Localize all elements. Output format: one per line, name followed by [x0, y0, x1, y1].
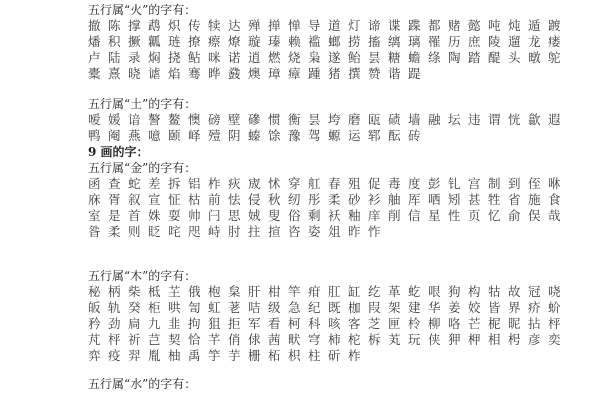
char-row: 皈轨癸柜哄訇虹荖咭级急纪既枷叚架建华姜姣皆界疥蚧 — [88, 300, 568, 316]
char-row: 卢陆录焖挠鲇咪诺逍燃烧枭遂鲐昙糖蟾绦陶踏醍头暾鸵 — [88, 50, 568, 66]
char-row: 嗳媛谙謷鳌懊磅壁磣惯衡昙垮磨瓯碛墙融坛违谓恍歙遐 — [88, 112, 568, 128]
character: 玩 — [408, 332, 428, 348]
character: 侠 — [428, 332, 448, 348]
char-row: 室是首姝耍帅闩思娀叟俗剩袄釉庠削信星性页忆俞俣哉 — [88, 208, 568, 224]
char-rows-fire: 撤陈撑鹉炽传犊达殚掸惮导道灯谛谍蹀都赌懿吨炖遁踱燔积撅瓤琏撩瘵燎璇瑧赖褴螂捞搐缡… — [88, 18, 568, 82]
character: 芒 — [468, 316, 488, 332]
character: 衫 — [368, 192, 388, 208]
char-row: 橐熹晓谑焰骞晔鼗燠璋瘴踵猪撰赞谐踶 — [88, 66, 568, 82]
character: 谍 — [388, 18, 408, 34]
character: 遛 — [508, 34, 528, 50]
character: 猪 — [328, 66, 348, 82]
character: 秋 — [268, 192, 288, 208]
character: 拄 — [248, 224, 268, 240]
section-heading-earth: 五行属“土”的字有： — [88, 96, 568, 112]
character: 虼 — [408, 284, 428, 300]
character: 皆 — [488, 300, 508, 316]
character: 函 — [88, 176, 108, 192]
character: 是 — [108, 208, 128, 224]
character: 磅 — [208, 112, 228, 128]
character: 疳 — [308, 284, 328, 300]
character: 相 — [488, 332, 508, 348]
character: 九 — [148, 316, 168, 332]
character: 促 — [368, 176, 388, 192]
character: 柚 — [168, 348, 188, 364]
character: 俣 — [528, 208, 548, 224]
character: 郓 — [368, 128, 388, 144]
character: 庶 — [468, 34, 488, 50]
character: 俗 — [288, 208, 308, 224]
character: 燔 — [88, 34, 108, 50]
character: 度 — [408, 176, 428, 192]
character: 懊 — [188, 112, 208, 128]
character: 哄 — [168, 300, 188, 316]
character: 积 — [108, 34, 128, 50]
character: 施 — [528, 192, 548, 208]
character: 柳 — [428, 316, 448, 332]
section-wood: 五行属“木”的字有： 秘柄柴柢芏俄枹枲肝柑竿疳肛缸纥革虼哏狗构牯故冠哓皈轨癸柜哄… — [88, 268, 568, 364]
character: 俎 — [328, 224, 348, 240]
character: 殂 — [348, 176, 368, 192]
character: 军 — [248, 316, 268, 332]
character: 胤 — [148, 348, 168, 364]
character: 牯 — [488, 284, 508, 300]
char-row: 撤陈撑鹉炽传犊达殚掸惮导道灯谛谍蹀都赌懿吨炖遁踱 — [88, 18, 568, 34]
character: 春 — [328, 176, 348, 192]
character: 瓯 — [368, 112, 388, 128]
character: 媛 — [108, 112, 128, 128]
character: 狎 — [448, 332, 468, 348]
character: 矧 — [448, 192, 468, 208]
character: 枯 — [188, 192, 208, 208]
character: 界 — [508, 300, 528, 316]
character: 纪 — [308, 300, 328, 316]
character: 建 — [408, 300, 428, 316]
character: 恰 — [188, 332, 208, 348]
character: 竿 — [288, 284, 308, 300]
character: 姿 — [308, 224, 328, 240]
character: 峙 — [208, 224, 228, 240]
character: 鲇 — [188, 50, 208, 66]
character: 星 — [428, 208, 448, 224]
character: 柘 — [268, 348, 288, 364]
section-metal: 五行属“金”的字有： 函查蛇差拆铝柞疢宬怵穿舡春殂促毒度彭钆宫制到侄咻庥胥叙宣怔… — [88, 160, 568, 240]
character: 枭 — [308, 50, 328, 66]
character: 焰 — [168, 66, 188, 82]
character: 烧 — [288, 50, 308, 66]
character: 晓 — [128, 66, 148, 82]
character: 查 — [108, 176, 128, 192]
character: 室 — [88, 208, 108, 224]
character: 砖 — [408, 128, 428, 144]
character: 璇 — [248, 34, 268, 50]
character: 螈 — [328, 128, 348, 144]
character: 头 — [508, 50, 528, 66]
section-heading-wood: 五行属“木”的字有： — [88, 268, 568, 284]
char-rows-earth: 嗳媛谙謷鳌懊磅壁磣惯衡昙垮磨瓯碛墙融坛违谓恍歙遐鸭阉燕噫颐峄殪阴螓馀豫驾螈运郓酝… — [88, 112, 568, 144]
character: 舳 — [388, 192, 408, 208]
character: 醍 — [488, 50, 508, 66]
character: 龙 — [528, 34, 548, 50]
character: 牲 — [488, 192, 508, 208]
character: 故 — [508, 284, 528, 300]
character: 叙 — [128, 192, 148, 208]
character: 芋 — [228, 348, 248, 364]
character: 急 — [288, 300, 308, 316]
character: 茜 — [268, 332, 288, 348]
character: 录 — [128, 50, 148, 66]
character: 怯 — [228, 192, 248, 208]
character: 芃 — [88, 332, 108, 348]
character: 磨 — [348, 112, 368, 128]
character: 枹 — [208, 284, 228, 300]
character: 撰 — [348, 66, 368, 82]
character: 谛 — [368, 18, 388, 34]
character: 枲 — [228, 284, 248, 300]
character: 蛇 — [128, 176, 148, 192]
character: 琏 — [168, 34, 188, 50]
char-row: 弈疫羿胤柚禹竽芋栅柘枳柱斫柞 — [88, 348, 568, 364]
character: 革 — [388, 284, 408, 300]
character: 芑 — [148, 332, 168, 348]
character: 瘵 — [208, 34, 228, 50]
character: 谙 — [128, 112, 148, 128]
character: 姝 — [148, 208, 168, 224]
character: 狙 — [208, 316, 228, 332]
character: 柞 — [348, 348, 368, 364]
character: 撩 — [188, 34, 208, 50]
character: 帅 — [188, 208, 208, 224]
character: 肛 — [328, 284, 348, 300]
character: 穹 — [308, 332, 328, 348]
character: 陈 — [108, 18, 128, 34]
character: 既 — [328, 300, 348, 316]
character: 眨 — [148, 224, 168, 240]
character: 哂 — [428, 192, 448, 208]
character: 谑 — [148, 66, 168, 82]
character: 褴 — [308, 34, 328, 50]
character: 咻 — [548, 176, 568, 192]
character: 坛 — [448, 112, 468, 128]
character: 谓 — [488, 112, 508, 128]
character: 弈 — [88, 348, 108, 364]
character: 卢 — [88, 50, 108, 66]
character: 踏 — [468, 50, 488, 66]
char-row: 庥胥叙宣怔枯前怯侵秋纫彤柔砂衫舳厍哂矧甚牲省施食 — [88, 192, 568, 208]
character: 芊 — [208, 332, 228, 348]
character: 惮 — [288, 18, 308, 34]
character: 韭 — [168, 316, 188, 332]
character: 拆 — [168, 176, 188, 192]
character: 撑 — [128, 18, 148, 34]
character: 芏 — [168, 284, 188, 300]
character: 缸 — [348, 284, 368, 300]
character: 彦 — [528, 332, 548, 348]
character: 柄 — [108, 284, 128, 300]
character: 柅 — [488, 316, 508, 332]
character: 遂 — [328, 50, 348, 66]
character: 道 — [328, 18, 348, 34]
character: 掸 — [268, 18, 288, 34]
character: 赖 — [288, 34, 308, 50]
character: 谐 — [388, 66, 408, 82]
character: 柞 — [208, 176, 228, 192]
section-fire: 五行属“火”的字有： 撤陈撑鹉炽传犊达殚掸惮导道灯谛谍蹀都赌懿吨炖遁踱燔积撅瓤琏… — [88, 2, 568, 82]
character: 叚 — [368, 300, 388, 316]
character: 咯 — [448, 316, 468, 332]
character: 炖 — [508, 18, 528, 34]
character: 逍 — [248, 50, 268, 66]
character: 赞 — [368, 66, 388, 82]
character: 俞 — [508, 208, 528, 224]
character: 看 — [268, 316, 288, 332]
character: 颐 — [168, 128, 188, 144]
character: 瘘 — [548, 34, 568, 50]
character: 枳 — [288, 348, 308, 364]
character: 传 — [188, 18, 208, 34]
character: 穿 — [288, 176, 308, 192]
char-row: 昝柔则眨咤咫峙肘拄揎咨姿俎昨怍 — [88, 224, 568, 240]
character: 科 — [308, 316, 328, 332]
section-earth: 五行属“土”的字有： 嗳媛谙謷鳌懊磅壁磣惯衡昙垮磨瓯碛墙融坛违谓恍歙遐鸭阉燕噫颐… — [88, 96, 568, 144]
character: 磣 — [248, 112, 268, 128]
character: 糖 — [388, 50, 408, 66]
character: 疢 — [228, 176, 248, 192]
character: 焖 — [148, 50, 168, 66]
character: 钆 — [448, 176, 468, 192]
character: 柜 — [148, 300, 168, 316]
character: 枰 — [548, 316, 568, 332]
character: 懿 — [468, 18, 488, 34]
character: 娀 — [248, 208, 268, 224]
character: 阴 — [228, 128, 248, 144]
character: 舡 — [308, 176, 328, 192]
character: 荖 — [228, 300, 248, 316]
character: 柙 — [468, 332, 488, 348]
character: 疫 — [108, 348, 128, 364]
character: 疥 — [528, 300, 548, 316]
character: 咤 — [168, 224, 188, 240]
character: 謷 — [148, 112, 168, 128]
character: 捞 — [348, 34, 368, 50]
character: 则 — [128, 224, 148, 240]
character: 狗 — [448, 284, 468, 300]
character: 遐 — [548, 112, 568, 128]
character: 达 — [228, 18, 248, 34]
character: 鸵 — [548, 50, 568, 66]
character: 矜 — [88, 316, 108, 332]
character: 陆 — [108, 50, 128, 66]
char-rows-metal: 函查蛇差拆铝柞疢宬怵穿舡春殂促毒度彭钆宫制到侄咻庥胥叙宣怔枯前怯侵秋纫彤柔砂衫舳… — [88, 176, 568, 240]
character: 鳌 — [168, 112, 188, 128]
character: 陶 — [448, 50, 468, 66]
character: 柑 — [268, 284, 288, 300]
character: 灯 — [348, 18, 368, 34]
character: 咳 — [328, 316, 348, 332]
character: 拈 — [528, 316, 548, 332]
character: 差 — [148, 176, 168, 192]
character: 酝 — [388, 128, 408, 144]
character: 芄 — [388, 332, 408, 348]
character: 禹 — [188, 348, 208, 364]
character: 釉 — [348, 208, 368, 224]
character: 页 — [468, 208, 488, 224]
character: 姣 — [468, 300, 488, 316]
character: 彭 — [428, 176, 448, 192]
character: 燕 — [128, 128, 148, 144]
character: 柔 — [328, 192, 348, 208]
character: 芝 — [368, 316, 388, 332]
character: 燠 — [248, 66, 268, 82]
character: 晔 — [208, 66, 228, 82]
character: 胥 — [108, 192, 128, 208]
character: 踱 — [548, 18, 568, 34]
character: 枷 — [348, 300, 368, 316]
character: 橐 — [88, 66, 108, 82]
character: 宬 — [248, 176, 268, 192]
character: 运 — [348, 128, 368, 144]
character: 碛 — [388, 112, 408, 128]
character: 首 — [128, 208, 148, 224]
character: 都 — [428, 18, 448, 34]
character: 瘴 — [288, 66, 308, 82]
character: 到 — [508, 176, 528, 192]
character: 纫 — [288, 192, 308, 208]
character: 契 — [168, 332, 188, 348]
section-heading-metal: 五行属“金”的字有： — [88, 160, 568, 176]
character: 挠 — [168, 50, 188, 66]
character: 壁 — [228, 112, 248, 128]
character: 削 — [388, 208, 408, 224]
character: 咨 — [288, 224, 308, 240]
character: 宫 — [468, 176, 488, 192]
character: 咫 — [188, 224, 208, 240]
character: 殚 — [248, 18, 268, 34]
character: 昙 — [368, 50, 388, 66]
character: 姜 — [448, 300, 468, 316]
character: 纥 — [368, 284, 388, 300]
character: 燎 — [228, 34, 248, 50]
character: 踵 — [308, 66, 328, 82]
char-row: 鸭阉燕噫颐峄殪阴螓馀豫驾螈运郓酝砖 — [88, 128, 568, 144]
section-nine-strokes: 9 画的字： — [88, 144, 149, 160]
character: 歙 — [528, 112, 548, 128]
character: 柁 — [348, 332, 368, 348]
character: 陵 — [488, 34, 508, 50]
character: 柿 — [328, 332, 348, 348]
character: 馀 — [268, 128, 288, 144]
character: 奕 — [548, 332, 568, 348]
character: 恍 — [508, 112, 528, 128]
char-row: 芃枰祈芑契恰芊俏俅茜畎穹柿柁柝芄玩侠狎柙相枵彦奕 — [88, 332, 568, 348]
char-row: 矜劲扃九韭拘狙拒军看柯科咳客芝匣柃柳咯芒柅昵拈枰 — [88, 316, 568, 332]
character: 柝 — [368, 332, 388, 348]
character: 忆 — [488, 208, 508, 224]
character: 暾 — [528, 50, 548, 66]
character: 宣 — [148, 192, 168, 208]
character: 癸 — [128, 300, 148, 316]
character: 柃 — [408, 316, 428, 332]
character: 柔 — [108, 224, 128, 240]
character: 扃 — [128, 316, 148, 332]
character: 制 — [488, 176, 508, 192]
character: 蹀 — [408, 18, 428, 34]
character: 省 — [508, 192, 528, 208]
character: 虹 — [208, 300, 228, 316]
character: 劲 — [108, 316, 128, 332]
character: 昵 — [508, 316, 528, 332]
character: 峄 — [188, 128, 208, 144]
char-row: 函查蛇差拆铝柞疢宬怵穿舡春殂促毒度彭钆宫制到侄咻 — [88, 176, 568, 192]
character: 噫 — [148, 128, 168, 144]
character: 璋 — [268, 66, 288, 82]
character: 羿 — [128, 348, 148, 364]
character: 撤 — [88, 18, 108, 34]
character: 柱 — [308, 348, 328, 364]
character: 耍 — [168, 208, 188, 224]
character: 侵 — [248, 192, 268, 208]
character: 叟 — [268, 208, 288, 224]
character: 拘 — [188, 316, 208, 332]
character: 罹 — [428, 34, 448, 50]
character: 畎 — [288, 332, 308, 348]
character: 食 — [548, 192, 568, 208]
character: 袄 — [328, 208, 348, 224]
character: 揎 — [268, 224, 288, 240]
character: 怍 — [368, 224, 388, 240]
char-row: 秘柄柴柢芏俄枹枲肝柑竿疳肛缸纥革虼哏狗构牯故冠哓 — [88, 284, 568, 300]
character: 墙 — [408, 112, 428, 128]
character: 撅 — [128, 34, 148, 50]
character: 阉 — [108, 128, 128, 144]
character: 蟾 — [408, 50, 428, 66]
character: 性 — [448, 208, 468, 224]
section-heading-fire: 五行属“火”的字有： — [88, 2, 568, 18]
character: 俅 — [248, 332, 268, 348]
character: 祈 — [128, 332, 148, 348]
character: 搐 — [368, 34, 388, 50]
character: 俏 — [228, 332, 248, 348]
character: 诺 — [228, 50, 248, 66]
character: 璃 — [408, 34, 428, 50]
character: 吨 — [488, 18, 508, 34]
character: 垮 — [328, 112, 348, 128]
character: 瓤 — [148, 34, 168, 50]
character: 缡 — [388, 34, 408, 50]
character: 皈 — [88, 300, 108, 316]
character: 炽 — [168, 18, 188, 34]
character: 彤 — [308, 192, 328, 208]
character: 枵 — [508, 332, 528, 348]
character: 柴 — [128, 284, 148, 300]
character: 厍 — [408, 192, 428, 208]
character: 驾 — [308, 128, 328, 144]
character: 熹 — [108, 66, 128, 82]
character: 衡 — [288, 112, 308, 128]
character: 甚 — [468, 192, 488, 208]
character: 砂 — [348, 192, 368, 208]
character: 架 — [388, 300, 408, 316]
character: 哉 — [548, 208, 568, 224]
char-rows-wood: 秘柄柴柢芏俄枹枲肝柑竿疳肛缸纥革虼哏狗构牯故冠哓皈轨癸柜哄訇虹荖咭级急纪既枷叚架… — [88, 284, 568, 364]
character: 级 — [268, 300, 288, 316]
character: 瑧 — [268, 34, 288, 50]
character: 訇 — [188, 300, 208, 316]
character: 踶 — [408, 66, 428, 82]
character: 鹉 — [148, 18, 168, 34]
character: 思 — [228, 208, 248, 224]
character: 前 — [208, 192, 228, 208]
